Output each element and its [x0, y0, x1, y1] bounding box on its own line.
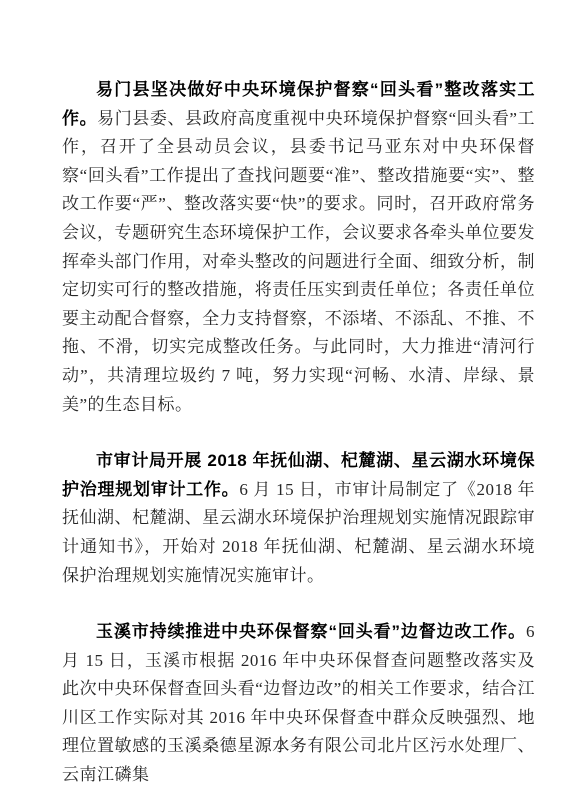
paragraph-heading: 玉溪市持续推进中央环保督察“回头看”边督边改工作。	[96, 622, 526, 641]
paragraph-yuxi-city: 玉溪市持续推进中央环保督察“回头看”边督边改工作。6 月 15 日，玉溪市根据 …	[62, 618, 535, 790]
paragraph-body: 6 月 15 日，玉溪市根据 2016 年中央环保督查问题整改落实及此次中央环保…	[62, 622, 535, 784]
page-number: - 2 -	[0, 738, 565, 754]
paragraph-yimen-county: 易门县坚决做好中央环境保护督察“回头看”整改落实工作。易门县委、县政府高度重视中…	[62, 76, 535, 419]
paragraph-audit-bureau: 市审计局开展 2018 年抚仙湖、杞麓湖、星云湖水环境保护治理规划审计工作。6 …	[62, 447, 535, 590]
document-page: 易门县坚决做好中央环境保护督察“回头看”整改落实工作。易门县委、县政府高度重视中…	[0, 0, 565, 800]
paragraph-body: 易门县委、县政府高度重视中央环境保护督察“回头看”工作，召开了全县动员会议，县委…	[62, 109, 535, 414]
